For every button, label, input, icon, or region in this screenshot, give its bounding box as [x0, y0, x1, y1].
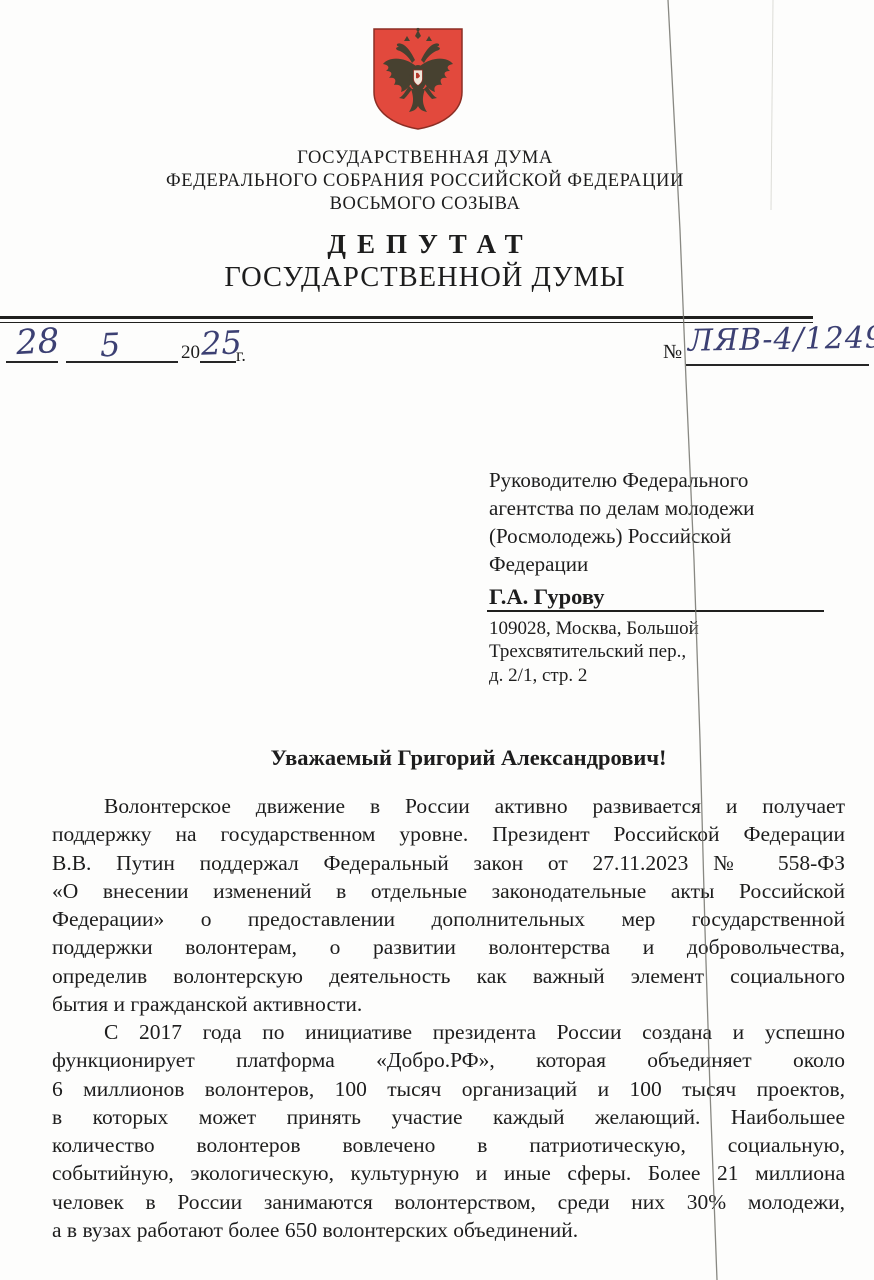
header-divider-rule [0, 316, 813, 323]
recipient-line: (Росмолодежь) Российской [489, 522, 839, 550]
salutation: Уважаемый Григорий Александрович! [52, 745, 845, 771]
recipient-name: Г.А. Гурову [489, 584, 604, 610]
body-line: С 2017 года по инициативе президента Рос… [52, 1018, 845, 1046]
body-line: поддержки волонтерам, о развитии волонте… [52, 933, 845, 961]
org-name-line-1: ГОСУДАРСТВЕННАЯ ДУМА [10, 147, 840, 170]
body-line: а в вузах работают более 650 волонтерски… [52, 1216, 845, 1244]
document-number-underline [686, 364, 869, 366]
org-name-line-3: ВОСЬМОГО СОЗЫВА [10, 193, 840, 216]
body-line: В.В. Путин поддержал Федеральный закон о… [52, 849, 845, 877]
recipient-block: Руководителю Федерального агентства по д… [489, 466, 839, 578]
body-line: определив волонтерскую деятельность как … [52, 962, 845, 990]
date-underline-year [200, 361, 236, 363]
printed-year-prefix: 20 [181, 342, 200, 364]
russia-coat-of-arms-icon [371, 26, 465, 132]
body-line: количество волонтеров вовлечено в патрио… [52, 1131, 845, 1159]
scanned-letter-page: ГОСУДАРСТВЕННАЯ ДУМА ФЕДЕРАЛЬНОГО СОБРАН… [0, 0, 874, 1280]
deputy-title: ДЕПУТАТ [10, 228, 840, 260]
address-line: Трехсвятительский пер., [489, 640, 839, 663]
paragraph-2: С 2017 года по инициативе президента Рос… [52, 1018, 845, 1244]
org-name-line-2: ФЕДЕРАЛЬНОГО СОБРАНИЯ РОССИЙСКОЙ ФЕДЕРАЦ… [10, 170, 840, 193]
body-line: «О внесении изменений в отдельные законо… [52, 877, 845, 905]
deputy-subtitle: ГОСУДАРСТВЕННОЙ ДУМЫ [10, 263, 840, 293]
recipient-underline-rule [487, 610, 824, 612]
recipient-line: агентства по делам молодежи [489, 494, 839, 522]
address-line: 109028, Москва, Большой [489, 617, 839, 640]
double-headed-eagle-emblem [371, 26, 465, 132]
body-line: поддержку на государственном уровне. Пре… [52, 820, 845, 848]
body-line: человек в России занимаются волонтерство… [52, 1188, 845, 1216]
paragraph-1: Волонтерское движение в России активно р… [52, 792, 845, 1018]
body-line: Федерации» о предоставлении дополнительн… [52, 905, 845, 933]
number-sign-label: № [663, 341, 682, 364]
handwritten-date-day: 28 [15, 321, 60, 363]
body-line: в которых может принять участие каждый ж… [52, 1103, 845, 1131]
body-line: 6 миллионов волонтеров, 100 тысяч органи… [52, 1075, 845, 1103]
printed-year-suffix: г. [236, 345, 246, 366]
date-underline-day [6, 361, 58, 363]
body-line: Волонтерское движение в России активно р… [52, 792, 845, 820]
body-line: бытия и гражданской активности. [52, 990, 845, 1018]
letterhead: ГОСУДАРСТВЕННАЯ ДУМА ФЕДЕРАЛЬНОГО СОБРАН… [10, 147, 840, 293]
handwritten-document-number: ЛЯВ-4/1249 [688, 320, 874, 358]
recipient-line: Федерации [489, 550, 839, 578]
recipient-address: 109028, Москва, Большой Трехсвятительски… [489, 617, 839, 687]
body-line: функционирует платформа «Добро.РФ», кото… [52, 1046, 845, 1074]
handwritten-date-month: 5 [99, 326, 121, 365]
recipient-line: Руководителю Федерального [489, 466, 839, 494]
body-line: событийную, экологическую, культурную и … [52, 1159, 845, 1187]
date-underline-month [66, 361, 178, 363]
address-line: д. 2/1, стр. 2 [489, 664, 839, 687]
